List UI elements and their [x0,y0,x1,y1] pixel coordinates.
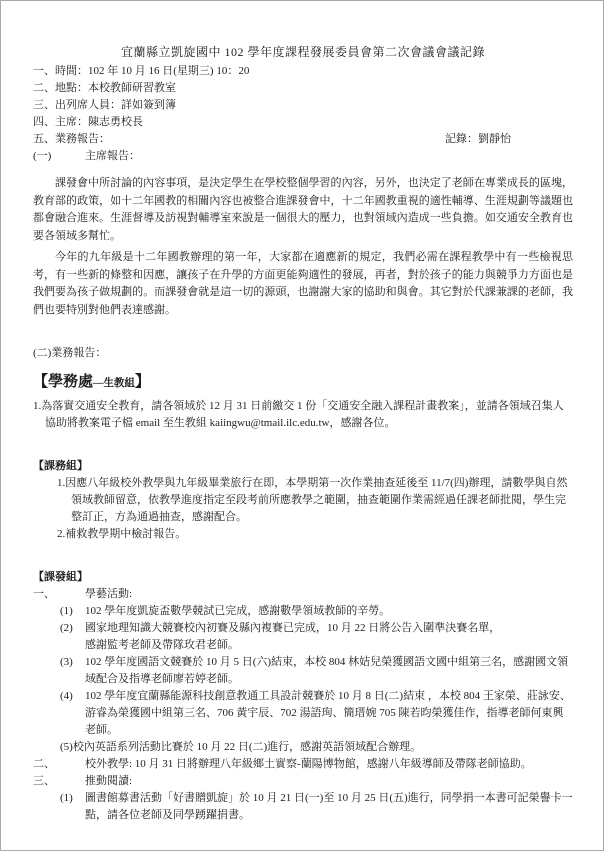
meta-report: 五、業務報告：記錄：劉靜怡 [33,131,573,148]
section-business-report: (二)業務報告： [33,345,573,362]
list-item-text: 102 學年度國語文競賽於 10 月 5 日(六)結束，本校 804 林姞兒榮獲… [85,654,573,688]
list-item: (1)102 學年度凱旋盃數學競試已完成，感謝數學領域教師的辛勞。 [60,603,573,620]
doc-title: 宜蘭縣立凱旋國中 102 學年度課程發展委員會第二次會議會議記錄 [33,43,573,61]
list-item-text: 102 學年度宜蘭縣能源科技創意教通工具設計競賽於 10 月 8 日(二)結束 … [85,688,573,739]
outline-item-reading-label: 三、 [33,773,85,790]
outline-item-field-trip-label: 二、 [33,756,85,773]
meta-attendees: 三、出列席人員：詳如簽到簿 [33,97,573,114]
list-item-text: 102 學年度凱旋盃數學競試已完成，感謝數學領域教師的辛勞。 [85,603,573,620]
outline-item-reading-text: 推動閱讀: [85,773,573,790]
chair-report-paragraph-2: 今年的九年級是十二年國教辦理的第一年，大家都在適應新的規定，我們必需在課程教學中… [33,249,573,319]
outline-item-field-trip-text: 校外教學: 10 月 31 日將辦理八年級鄉土實察-蘭陽博物館，感謝八年級導師及… [85,756,573,773]
list-item-label: (2) [60,620,85,654]
list-item-label: (4) [60,688,85,739]
list-item-label: (1) [60,790,85,824]
list-item-label: (1) [60,603,85,620]
list-item-text: 國家地理知識大競賽校內初賽及縣內複賽已完成，10 月 22 日將公告入圍準決賽名… [85,620,573,654]
outline-item-arts-text: 學藝活動: [85,586,573,603]
list-item-text: 圖書館募書活動「好書贈凱旋」於 10 月 21 日(一)至 10 月 25 日(… [85,790,573,824]
section-chair-report-text: 主席報告： [85,148,573,165]
list-item-label: (3) [60,654,85,688]
outline-item-reading: 三、推動閱讀: [33,773,573,790]
list-item: (2)國家地理知識大競賽校內初賽及縣內複賽已完成，10 月 22 日將公告入圍準… [60,620,573,654]
dept-heading-student-affairs-sub: —生教組 [93,378,135,389]
meta-chair: 四、主席：陳志勇校長 [33,114,573,131]
dept-heading-student-affairs-main: 【學務處 [33,374,93,390]
list-item: 1.為落實交通安全教育，請各領域於 12 月 31 日前繳交 1 份「交通安全融… [33,398,573,432]
outline-item-arts: 一、學藝活動: [33,586,573,603]
meta-report-label: 五、業務報告： [33,131,110,148]
document-body: 宜蘭縣立凱旋國中 102 學年度課程發展委員會第二次會議會議記錄一、時間：102… [33,43,573,824]
document-page: 宜蘭縣立凱旋國中 102 學年度課程發展委員會第二次會議會議記錄一、時間：102… [0,0,604,851]
list-item: (3)102 學年度國語文競賽於 10 月 5 日(六)結束，本校 804 林姞… [60,654,573,688]
list-item: (1)圖書館募書活動「好書贈凱旋」於 10 月 21 日(一)至 10 月 25… [60,790,573,824]
dept-heading-student-affairs: 【學務處—生教組】 [33,371,573,395]
meta-time: 一、時間：102 年 10 月 16 日(星期三) 10：20 [33,63,573,80]
dept-heading-curriculum-dev: 【課發組】 [33,569,573,586]
chair-report-paragraph-1: 課發會中所討論的內容事項，是決定學生在學校整個學習的內容，另外，也決定了老師在專… [33,175,573,245]
recorder: 記錄：劉靜怡 [445,131,511,148]
list-item: 2.補救教學期中檢討報告。 [57,526,573,543]
outline-item-arts-label: 一、 [33,586,85,603]
list-item: (5)校內英語系列活動比賽於 10 月 22 日(二)進行，感謝英語領域配合辦理… [60,739,573,756]
list-item: (4)102 學年度宜蘭縣能源科技創意教通工具設計競賽於 10 月 8 日(二)… [60,688,573,739]
section-chair-report-label: (一) [33,148,85,165]
dept-heading-curriculum-affairs: 【課務組】 [33,458,573,475]
dept-heading-student-affairs-bracket: 】 [135,374,150,390]
outline-item-field-trip: 二、校外教學: 10 月 31 日將辦理八年級鄉土實察-蘭陽博物館，感謝八年級導… [33,756,573,773]
meta-place: 二、地點：本校教師研習教室 [33,80,573,97]
list-item: 1.因應八年級校外教學與九年級畢業旅行在即，本學期第一次作業抽查延後至 11/7… [57,475,573,526]
section-chair-report: (一)主席報告： [33,148,573,165]
